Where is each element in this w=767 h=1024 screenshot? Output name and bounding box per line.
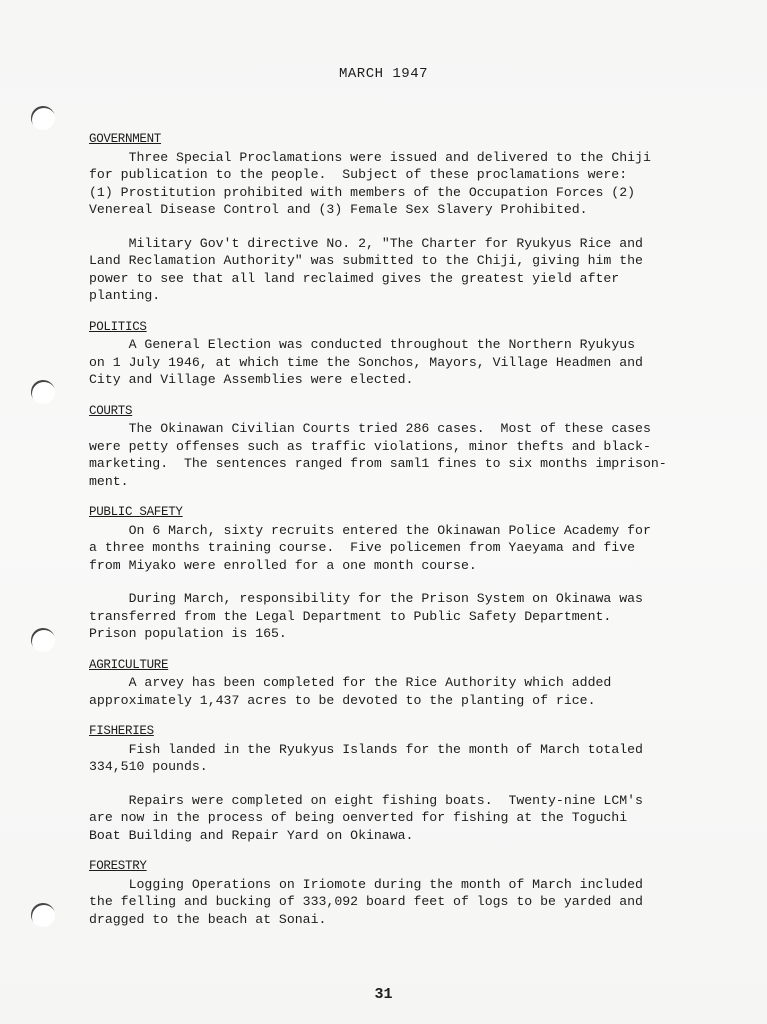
document-page: MARCH 1947 GOVERNMENT Three Special Proc… [0,0,767,1024]
paragraph: A General Election was conducted through… [89,336,709,389]
section-heading: GOVERNMENT [89,131,709,149]
section-government: GOVERNMENT Three Special Proclamations w… [89,131,709,305]
paragraph: Logging Operations on Iriomote during th… [89,876,709,929]
paragraph: Military Gov't directive No. 2, "The Cha… [89,235,709,305]
section-heading: FORESTRY [89,858,709,876]
section-agriculture: AGRICULTURE A arvey has been completed f… [89,657,709,710]
section-heading: FISHERIES [89,723,709,741]
section-public-safety: PUBLIC SAFETY On 6 March, sixty recruits… [89,504,709,643]
paragraph: During March, responsibility for the Pri… [89,590,709,643]
section-fisheries: FISHERIES Fish landed in the Ryukyus Isl… [89,723,709,844]
section-heading: COURTS [89,403,709,421]
section-politics: POLITICS A General Election was conducte… [89,319,709,389]
punch-hole-icon [31,380,55,404]
punch-hole-icon [31,106,55,130]
paragraph: Fish landed in the Ryukyus Islands for t… [89,741,709,776]
paragraph: The Okinawan Civilian Courts tried 286 c… [89,420,709,490]
section-heading: PUBLIC SAFETY [89,504,709,522]
document-body: GOVERNMENT Three Special Proclamations w… [89,131,709,942]
paragraph: Repairs were completed on eight fishing … [89,792,709,845]
paragraph: A arvey has been completed for the Rice … [89,674,709,709]
page-header: MARCH 1947 [0,66,767,82]
section-forestry: FORESTRY Logging Operations on Iriomote … [89,858,709,928]
section-heading: POLITICS [89,319,709,337]
page-number: 31 [0,986,767,1003]
punch-hole-icon [31,628,55,652]
paragraph: On 6 March, sixty recruits entered the O… [89,522,709,575]
punch-hole-icon [31,903,55,927]
paragraph: Three Special Proclamations were issued … [89,149,709,219]
section-courts: COURTS The Okinawan Civilian Courts trie… [89,403,709,491]
section-heading: AGRICULTURE [89,657,709,675]
